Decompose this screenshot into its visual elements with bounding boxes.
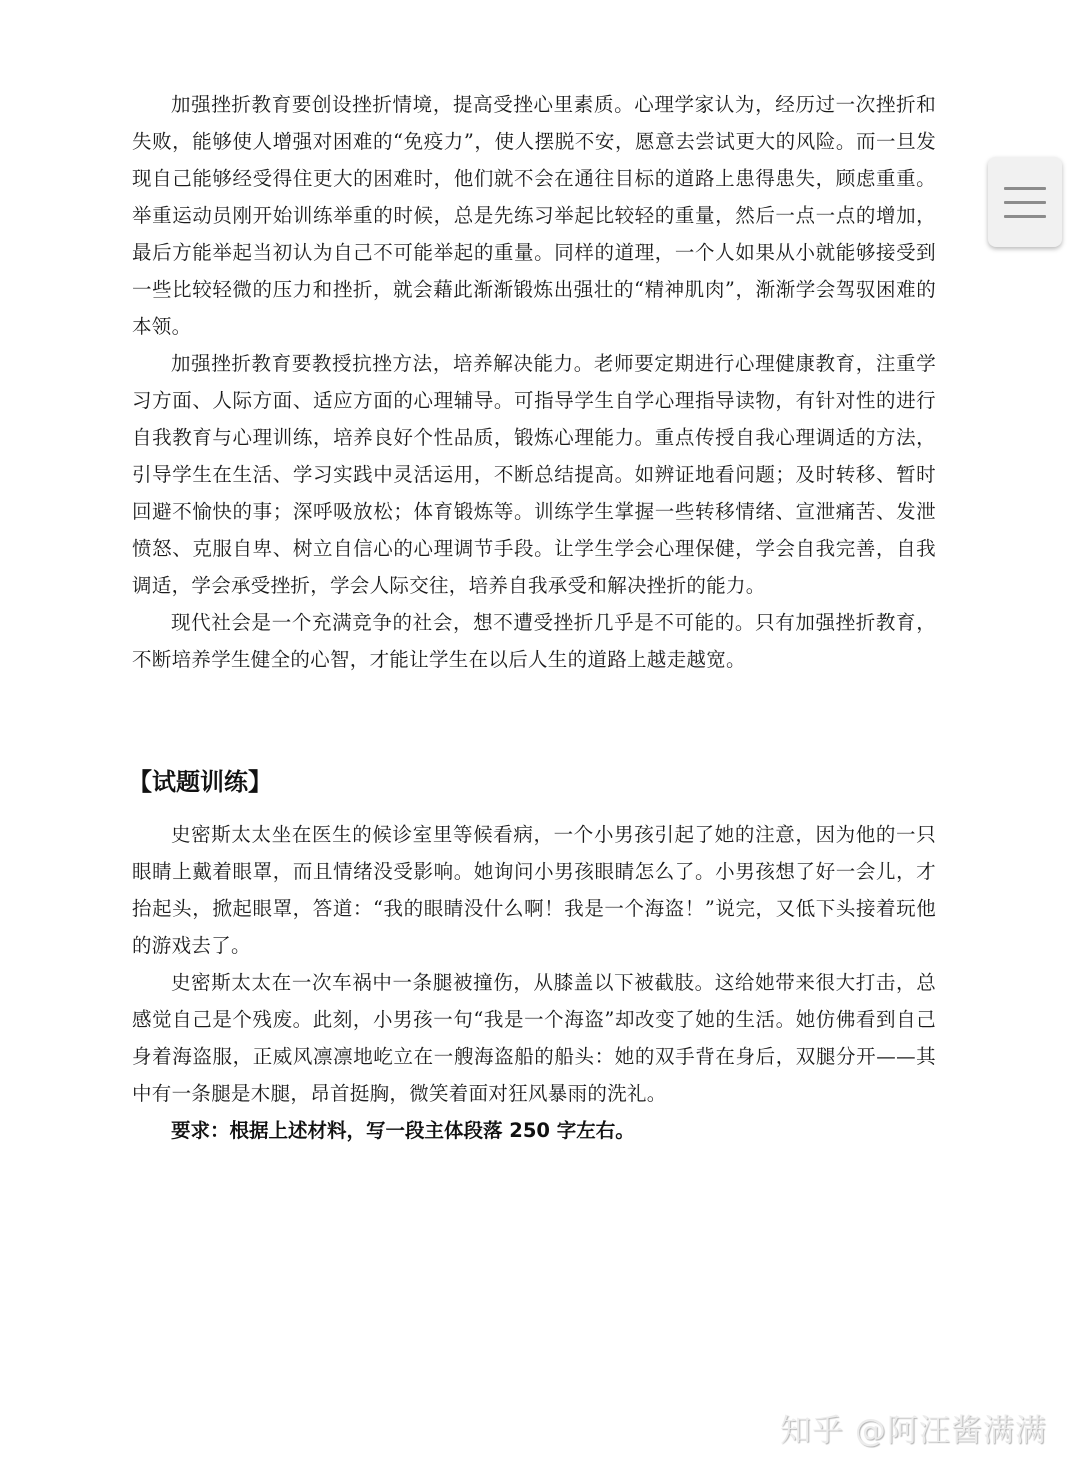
section-title-exercise: 【试题训练】 bbox=[128, 762, 936, 802]
paragraph-conclusion: 现代社会是一个充满竞争的社会，想不遭受挫折几乎是不可能的。只有加强挫折教育，不断… bbox=[132, 604, 936, 678]
hamburger-menu-icon-bar bbox=[1004, 201, 1046, 204]
document-page: 加强挫折教育要创设挫折情境，提高受挫心里素质。心理学家认为，经历过一次挫折和失败… bbox=[132, 86, 936, 1149]
paragraph-story-waiting-room: 史密斯太太坐在医生的候诊室里等候看病，一个小男孩引起了她的注意，因为他的一只眼睛… bbox=[132, 816, 936, 964]
hamburger-menu-icon-bar bbox=[1004, 215, 1046, 218]
exercise-requirement: 要求：根据上述材料，写一段主体段落 250 字左右。 bbox=[132, 1112, 936, 1149]
section-spacer bbox=[132, 678, 936, 762]
paragraph-story-accident: 史密斯太太在一次车祸中一条腿被撞伤，从膝盖以下被截肢。这给她带来很大打击，总感觉… bbox=[132, 964, 936, 1112]
watermark: 知乎 @阿汪酱满满 bbox=[780, 1405, 1047, 1450]
hamburger-menu-icon bbox=[1004, 187, 1046, 190]
menu-button[interactable] bbox=[988, 157, 1062, 247]
paragraph-frustration-situations: 加强挫折教育要创设挫折情境，提高受挫心里素质。心理学家认为，经历过一次挫折和失败… bbox=[132, 86, 936, 345]
paragraph-coping-methods: 加强挫折教育要教授抗挫方法，培养解决能力。老师要定期进行心理健康教育，注重学习方… bbox=[132, 345, 936, 604]
